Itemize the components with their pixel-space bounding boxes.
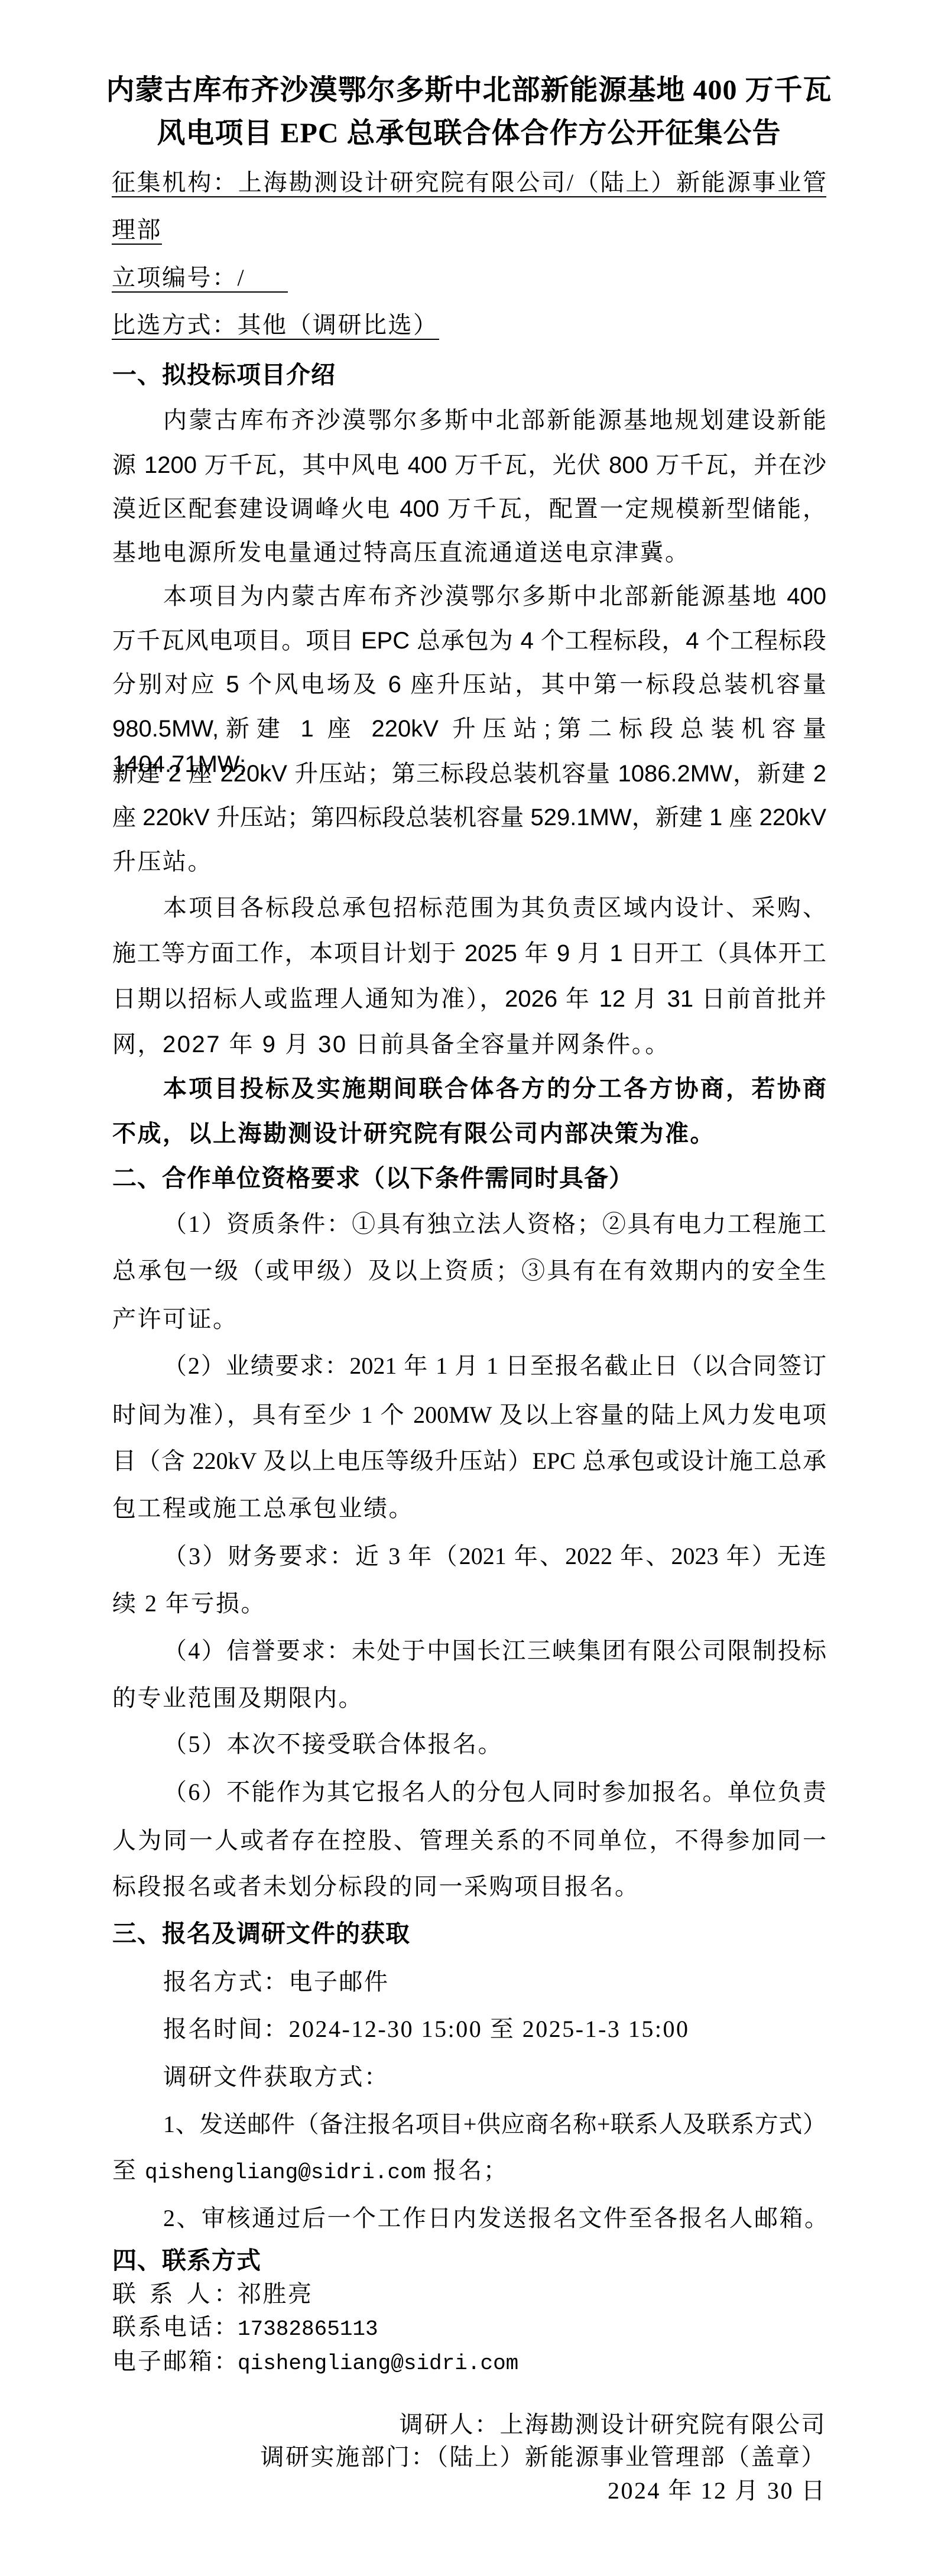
meta-organization-label: 征集机构： [112, 169, 238, 196]
section-3-heading: 三、报名及调研文件的获取 [112, 1916, 410, 1951]
paragraph-line: 本项目为内蒙古库布齐沙漠鄂尔多斯中北部新能源基地 400 [112, 579, 826, 614]
meta-project-number: 立项编号：/ [112, 264, 288, 293]
paragraph-line: 总承包一级（或甲级）及以上资质；③具有在有效期内的安全生 [112, 1253, 826, 1289]
paragraph-line: （4）信誉要求：未处于中国长江三峡集团有限公司限制投标 [112, 1633, 826, 1669]
signature-department-label: 调研实施部门： [261, 2444, 437, 2470]
paragraph-line: 万千瓦风电项目。项目 EPC 总承包为 4 个工程标段，4 个工程标段 [112, 623, 826, 658]
paragraph-line: （3）财务要求：近 3 年（2021 年、2022 年、2023 年）无连 [112, 1539, 826, 1574]
paragraph-line: 基地电源所发电量通过特高压直流通道送电京津冀。 [112, 535, 826, 570]
paragraph-line: 标段报名或者未划分标段的同一采购项目报名。 [112, 1869, 826, 1905]
contact-person: 联 系 人：祁胜亮 [112, 2276, 826, 2312]
section-1-heading: 一、拟投标项目介绍 [112, 357, 336, 392]
document-access-label: 调研文件获取方式： [112, 2059, 826, 2095]
registration-time-value: 2024-12-30 15:00 至 2025-1-3 15:00 [289, 2016, 690, 2042]
meta-selection-method-label: 比选方式： [112, 312, 238, 338]
paragraph-line: 升压站。 [112, 844, 826, 880]
paragraph-line: 内蒙古库布齐沙漠鄂尔多斯中北部新能源基地规划建设新能 [112, 403, 826, 438]
registration-method-label: 报名方式： [163, 1968, 289, 1995]
contact-person-label: 联 系 人： [112, 2276, 238, 2312]
paragraph-line: 人为同一人或者存在控股、管理关系的不同单位，不得参加同一 [112, 1823, 826, 1858]
paragraph-line: 座 220kV 升压站；第四标段总装机容量 529.1MW，新建 1 座 220… [112, 800, 826, 835]
paragraph-line: 980.5MW,新建 1 座 220kV 升压站;第二标段总装机容量 1404.… [112, 711, 826, 747]
paragraph-line: （5）本次不接受联合体报名。 [112, 1727, 826, 1762]
meta-organization-line-2: 理部 [112, 216, 162, 245]
meta-selection-method: 比选方式：其他（调研比选） [112, 312, 439, 340]
step-1-suffix: 报名； [426, 2157, 508, 2184]
document-title-line-2: 风电项目 EPC 总承包联合体合作方公开征集公告 [0, 115, 938, 153]
meta-project-number-value: / [238, 264, 246, 291]
paragraph-line: 本项目投标及实施期间联合体各方的分工各方协商，若协商 [112, 1071, 826, 1107]
registration-method: 报名方式：电子邮件 [112, 1964, 826, 2000]
signature-department-value: （陆上）新能源事业管理部（盖章） [436, 2444, 826, 2470]
paragraph-line: 产许可证。 [112, 1302, 826, 1337]
paragraph-line: 新建 2 座 220kV 升压站；第三标段总装机容量 1086.2MW，新建 2 [112, 756, 826, 791]
signature-department: 调研实施部门：（陆上）新能源事业管理部（盖章） [261, 2441, 827, 2474]
registration-method-value: 电子邮件 [289, 1968, 390, 1995]
signature-researcher-label: 调研人： [400, 2411, 500, 2438]
paragraph-line: 不成，以上海勘测设计研究院有限公司内部决策为准。 [112, 1116, 826, 1151]
contact-email-value: qishengliang@sidri.com [238, 2351, 518, 2376]
signature-researcher: 调研人：上海勘测设计研究院有限公司 [400, 2408, 827, 2441]
registration-time-label: 报名时间： [163, 2016, 289, 2042]
paragraph-line: 续 2 年亏损。 [112, 1586, 826, 1621]
signature-researcher-value: 上海勘测设计研究院有限公司 [500, 2411, 827, 2438]
contact-phone-label: 联系电话： [112, 2309, 238, 2345]
step-1-prefix: 至 [112, 2157, 145, 2184]
meta-organization-line-1: 征集机构：上海勘测设计研究院有限公司/（陆上）新能源事业管 [112, 169, 826, 197]
document-page: 内蒙古库布齐沙漠鄂尔多斯中北部新能源基地 400 万千瓦 风电项目 EPC 总承… [0, 0, 938, 2576]
paragraph-line: （2）业绩要求：2021 年 1 月 1 日至报名截止日（以合同签订 [112, 1348, 826, 1384]
contact-person-value: 祁胜亮 [238, 2280, 313, 2307]
paragraph-line: 包工程或施工总承包业绩。 [112, 1491, 826, 1526]
section-2-heading: 二、合作单位资格要求（以下条件需同时具备） [112, 1160, 634, 1196]
paragraph-line: 的专业范围及期限内。 [112, 1680, 826, 1716]
paragraph-line: 漠近区配套建设调峰火电 400 万千瓦，配置一定规模新型储能， [112, 491, 826, 527]
registration-email: qishengliang@sidri.com [145, 2160, 426, 2185]
contact-email-label: 电子邮箱： [112, 2344, 238, 2379]
document-title-line-1: 内蒙古库布齐沙漠鄂尔多斯中北部新能源基地 400 万千瓦 [0, 72, 938, 109]
paragraph-line: 本项目各标段总承包招标范围为其负责区域内设计、采购、 [112, 890, 826, 926]
paragraph-line: 网，2027 年 9 月 30 日前具备全容量并网条件。。 [112, 1027, 826, 1062]
paragraph-line: 日期以招标人或监理人通知为准），2026 年 12 月 31 日前首批并 [112, 981, 826, 1017]
meta-project-number-label: 立项编号： [112, 264, 238, 291]
step-1-line-2: 至 qishengliang@sidri.com 报名； [112, 2153, 826, 2188]
section-4-heading: 四、联系方式 [112, 2243, 261, 2278]
paragraph-line: （6）不能作为其它报名人的分包人同时参加报名。单位负责 [112, 1774, 826, 1810]
meta-selection-method-value: 其他（调研比选） [238, 312, 439, 338]
step-2-line-1: 2、审核通过后一个工作日内发送报名文件至各报名人邮箱。 [112, 2201, 826, 2236]
paragraph-line: 施工等方面工作，本项目计划于 2025 年 9 月 1 日开工（具体开工 [112, 936, 826, 971]
paragraph-line: 目（含 220kV 及以上电压等级升压站）EPC 总承包或设计施工总承 [112, 1443, 826, 1479]
contact-email: 电子邮箱：qishengliang@sidri.com [112, 2344, 826, 2379]
meta-organization-value: 上海勘测设计研究院有限公司/（陆上）新能源事业管 [238, 169, 826, 196]
registration-time: 报名时间：2024-12-30 15:00 至 2025-1-3 15:00 [112, 2012, 826, 2047]
paragraph-line: 分别对应 5 个风电场及 6 座升压站，其中第一标段总装机容量 [112, 667, 826, 702]
paragraph-line: 时间为准），具有至少 1 个 200MW 及以上容量的陆上风力发电项 [112, 1397, 826, 1433]
contact-phone: 联系电话：17382865113 [112, 2309, 826, 2345]
contact-phone-value: 17382865113 [238, 2317, 378, 2341]
paragraph-line: 源 1200 万千瓦，其中风电 400 万千瓦，光伏 800 万千瓦，并在沙 [112, 447, 826, 483]
step-1-line-1: 1、发送邮件（备注报名项目+供应商名称+联系人及联系方式） [112, 2107, 826, 2142]
signature-date: 2024 年 12 月 30 日 [608, 2474, 826, 2507]
paragraph-line: （1）资质条件：①具有独立法人资格；②具有电力工程施工 [112, 1206, 826, 1242]
